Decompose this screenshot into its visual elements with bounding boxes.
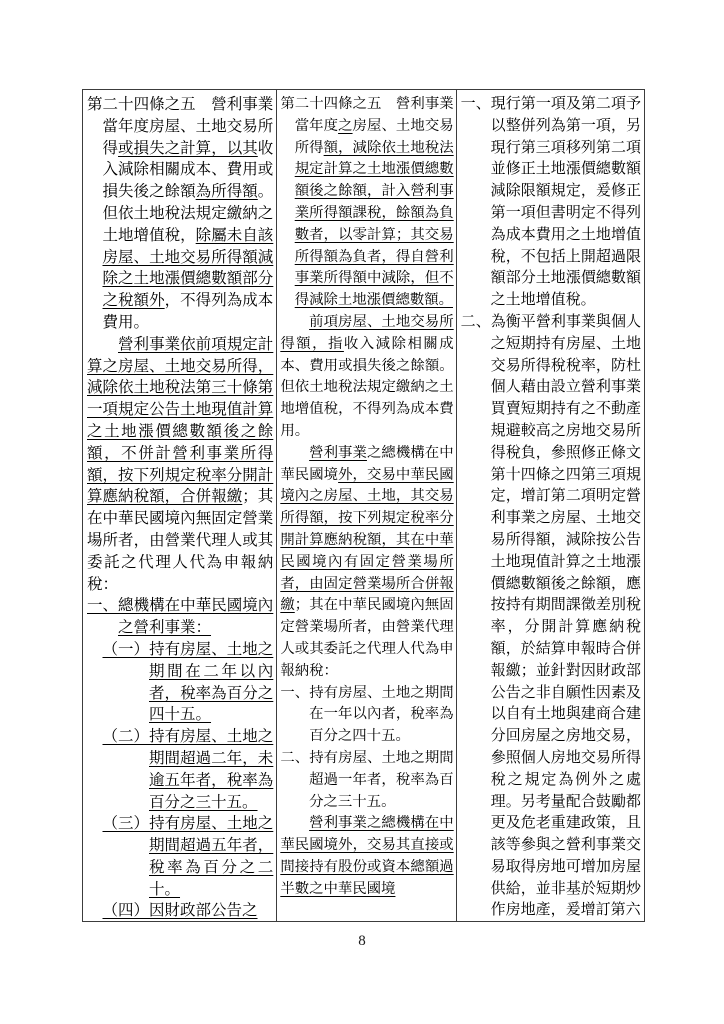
amendment-underlined-text: 外，交易中華民國境內之房屋、土地，其交易所得額，按下列規定稅率分開計算應納稅額，… (280, 467, 453, 614)
paragraph: 營利事業之總機構在中華民國境外，交易中華民國境內之房屋、土地，其交易所得額，按下… (280, 443, 453, 683)
page-number: 8 (0, 933, 724, 950)
amendment-underlined-text: 額，減除依土地稅法規定計算之土地漲價總數額後之餘額，計入營利事業所得額課稅，餘額… (295, 140, 454, 309)
paragraph: 一、現行第一項及第二項予以整併列為第一項，另現行第三項移列第二項並修正土地漲價總… (461, 94, 641, 312)
paragraph: 營利事業之總機構在中華民國境外，交易其直接或間接持有股份或資本總額過半數之中華民… (280, 813, 453, 900)
amendment-underlined-text: 為所得額 (196, 183, 258, 200)
amendment-underlined-text: （三）持有房屋、土地之期間超過五年者，稅率為百分之二十。 (103, 815, 274, 897)
text-run: 二、持有房屋、土地之期間超過一年者，稅率為百分之三十五。 (280, 750, 453, 810)
amendment-underlined-text: 營利事業之總機構在中華民國境外，交易其直接或間接持有股份或資本總額過半數之中華民… (280, 815, 453, 896)
text-run: ；其在中華民國境內無固定營業場所者，由營業代理人或其委託之代理人代為申報納稅： (280, 597, 453, 678)
paragraph: 二、持有房屋、土地之期間超過一年者，稅率為百分之三十五。 (280, 748, 453, 813)
text-run: 一、現行第一項及第二項予以整併列為第一項，另現行第三項移列第二項並修正土地漲價總… (461, 96, 641, 308)
paragraph: （四）因財政部公告之 (87, 900, 273, 921)
amendment-underlined-text: 或損失之計算，以其 (118, 140, 258, 157)
explanation-column: 一、現行第一項及第二項予以整併列為第一項，另現行第三項移列第二項並修正土地漲價總… (457, 90, 644, 921)
amendment-underlined-text: （二）持有房屋、土地之期間超過二年，未逾五年者，稅率為百分之三十五。 (103, 728, 274, 810)
paragraph: 第二十四條之五 營利事業當年度之房屋、土地交易所得額，減除依土地稅法規定計算之土… (280, 94, 453, 312)
text-run: 一、持有房屋、土地之期間在一年以內者，稅率為百分之四十五。 (280, 685, 453, 745)
paragraph: （一）持有房屋、土地之期間在二年以內者，稅率為百分之四十五。 (87, 639, 273, 726)
paragraph: 一、持有房屋、土地之期間在一年以內者，稅率為百分之四十五。 (280, 683, 453, 748)
paragraph: 一、總機構在中華民國境內之營利事業： (87, 595, 273, 639)
law-comparison-table: 第二十四條之五 營利事業當年度房屋、土地交易所得或損失之計算，以其收入減除相關成… (82, 89, 645, 922)
paragraph: 前項房屋、土地交易所得額，指收入減除相關成本、費用或損失後之餘額。但依土地稅法規… (280, 312, 453, 443)
paragraph: （三）持有房屋、土地之期間超過五年者，稅率為百分之二十。 (87, 813, 273, 900)
amendment-underlined-text: （一）持有房屋、土地之期間在二年以內者，稅率為百分之四十五。 (103, 641, 274, 723)
current-provisions-column: 第二十四條之五 營利事業當年度之房屋、土地交易所得額，減除依土地稅法規定計算之土… (277, 90, 456, 921)
paragraph: 營利事業依前項規定計算之房屋、土地交易所得，減除依土地稅法第三十條第一項規定公告… (87, 334, 273, 596)
paragraph: 第二十四條之五 營利事業當年度房屋、土地交易所得或損失之計算，以其收入減除相關成… (87, 94, 273, 334)
document-page: 第二十四條之五 營利事業當年度房屋、土地交易所得或損失之計算，以其收入減除相關成… (0, 0, 724, 1024)
paragraph: 二、為衡平營利事業與個人之短期持有房屋、土地交易所得稅稅率，防杜個人藉由設立營利… (461, 312, 641, 921)
amendment-underlined-text: 之 (338, 118, 352, 134)
text-run: 二、為衡平營利事業與個人之短期持有房屋、土地交易所得稅稅率，防杜個人藉由設立營利… (461, 314, 641, 919)
amended-provisions-column: 第二十四條之五 營利事業當年度房屋、土地交易所得或損失之計算，以其收入減除相關成… (83, 90, 277, 921)
amendment-underlined-text: 營利事業 (309, 445, 367, 461)
amendment-underlined-text: 一、總機構在中華民國境內之營利事業： (87, 597, 273, 636)
amendment-underlined-text: 營利事業依前項規定計算之房屋、土地交易所得，減除依土地稅法第三十條第一項規定公告… (87, 336, 273, 506)
paragraph: （二）持有房屋、土地之期間超過二年，未逾五年者，稅率為百分之三十五。 (87, 726, 273, 813)
amendment-underlined-text: （四）因財政部公告之 (103, 902, 258, 919)
